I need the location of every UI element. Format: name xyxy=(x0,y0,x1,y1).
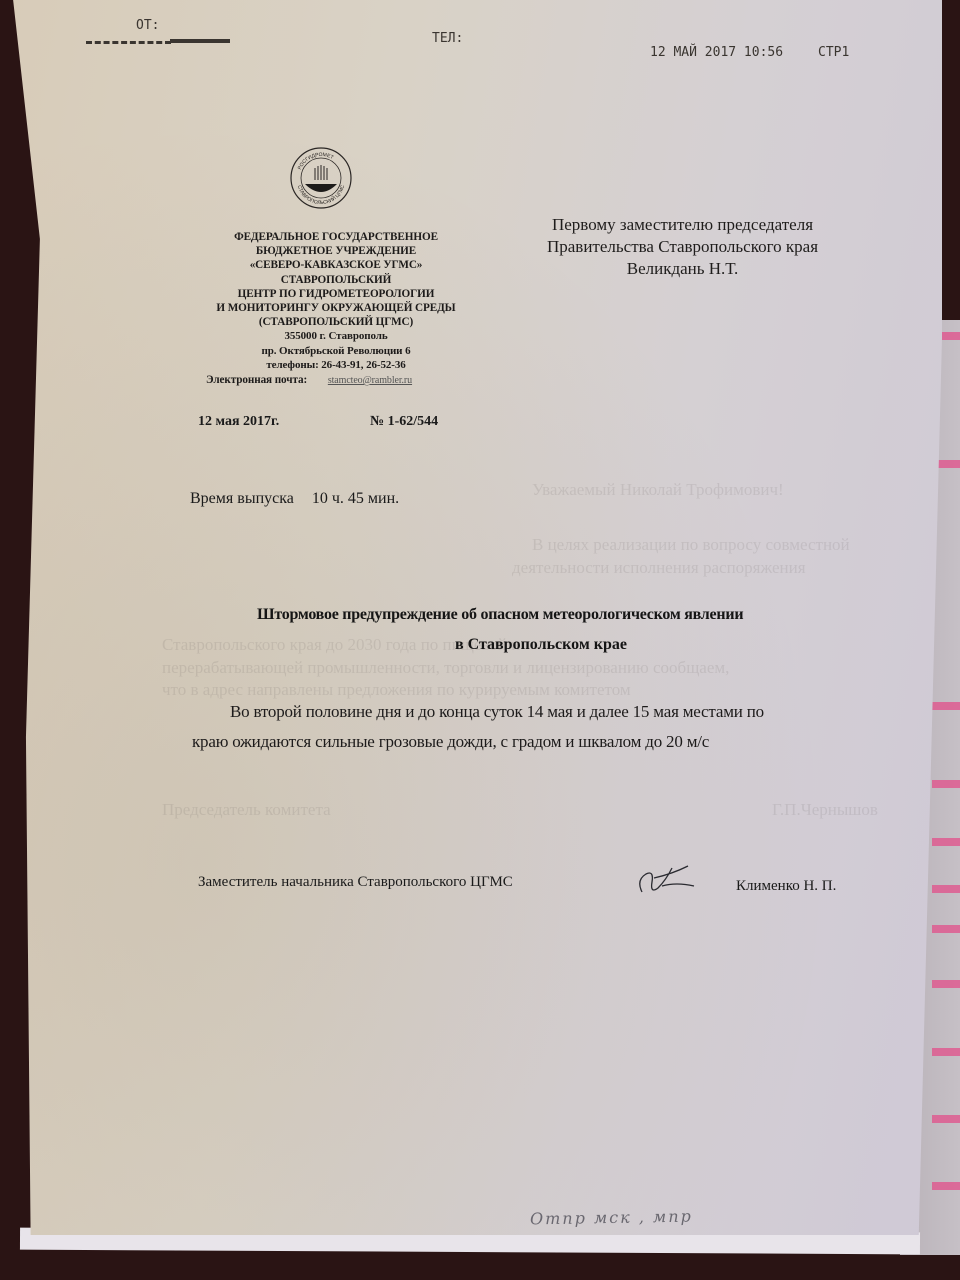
warning-body-line: краю ожидаются сильные грозовые дожди, с… xyxy=(192,727,912,757)
warning-body: Во второй половине дня и до конца суток … xyxy=(192,697,912,757)
fax-from-label: ОТ: xyxy=(136,18,159,33)
warning-body-line: Во второй половине дня и до конца суток … xyxy=(192,697,912,727)
warning-title: Штормовое предупреждение об опасном мете… xyxy=(200,600,960,660)
email-link[interactable]: stamcteo@rambler.ru xyxy=(328,375,412,386)
fax-header: ОТ: ТЕЛ: 12 МАЙ 2017 10:56 СТР1 xyxy=(0,18,960,58)
letterhead-line: «СЕВЕРО-КАВКАЗСКОЕ УГМС» xyxy=(196,258,476,272)
release-time: Время выпуска10 ч. 45 мин. xyxy=(190,490,399,508)
handwritten-note: Отпр мск , мпр xyxy=(530,1207,693,1229)
addressee-name: Великдань Н.Т. xyxy=(510,258,855,280)
letterhead: ФЕДЕРАЛЬНОЕ ГОСУДАРСТВЕННОЕ БЮДЖЕТНОЕ УЧ… xyxy=(196,230,476,388)
letterhead-line: ЦЕНТР ПО ГИДРОМЕТЕОРОЛОГИИ xyxy=(196,287,476,301)
letterhead-line: СТАВРОПОЛЬСКИЙ xyxy=(196,273,476,287)
release-time-label: Время выпуска xyxy=(190,490,294,507)
addressee-block: Первому заместителю председателя Правите… xyxy=(510,214,855,280)
document-date: 12 мая 2017г. xyxy=(198,414,279,430)
letterhead-email-row: Электронная почта: stamcteo@rambler.ru xyxy=(196,373,476,388)
signature-block: Заместитель начальника Ставропольского Ц… xyxy=(198,874,898,914)
warning-title-line: Штормовое предупреждение об опасном мете… xyxy=(200,600,960,630)
document-number: № 1-62/544 xyxy=(370,414,438,430)
letterhead-address: пр. Октябрьской Революции 6 xyxy=(196,344,476,358)
fax-from-line xyxy=(170,39,230,43)
letterhead-phones: телефоны: 26-43-91, 26-52-36 xyxy=(196,358,476,372)
signatory-position: Заместитель начальника Ставропольского Ц… xyxy=(198,874,513,891)
handwritten-signature-icon xyxy=(632,860,702,900)
pink-tab xyxy=(932,1115,960,1123)
letterhead-address: 355000 г. Ставрополь xyxy=(196,329,476,343)
pink-tab xyxy=(932,780,960,788)
pink-tab xyxy=(932,702,960,710)
letterhead-line: ФЕДЕРАЛЬНОЕ ГОСУДАРСТВЕННОЕ xyxy=(196,230,476,244)
email-label: Электронная почта: xyxy=(206,374,307,386)
fax-page-number: СТР1 xyxy=(818,45,849,60)
pink-tab xyxy=(932,885,960,893)
pink-tab xyxy=(932,838,960,846)
addressee-line: Правительства Ставропольского края xyxy=(510,236,855,258)
letterhead-line: (СТАВРОПОЛЬСКИЙ ЦГМС) xyxy=(196,315,476,329)
release-time-value: 10 ч. 45 мин. xyxy=(312,490,399,507)
pink-tab xyxy=(932,925,960,933)
letterhead-line: БЮДЖЕТНОЕ УЧРЕЖДЕНИЕ xyxy=(196,244,476,258)
warning-title-line: в Ставропольском крае xyxy=(200,630,960,660)
letterhead-line: И МОНИТОРИНГУ ОКРУЖАЮЩЕЙ СРЕДЫ xyxy=(196,301,476,315)
pink-tab xyxy=(932,980,960,988)
fax-from-line xyxy=(86,41,171,44)
fax-datetime: 12 МАЙ 2017 10:56 xyxy=(650,45,783,60)
fax-tel-label: ТЕЛ: xyxy=(432,31,463,46)
pink-tab xyxy=(932,1182,960,1190)
pink-tab xyxy=(932,1048,960,1056)
roshydromet-emblem-icon: РОСГИДРОМЕТ СТАВРОПОЛЬСКИЙ ЦГМС xyxy=(289,146,353,210)
signatory-name: Клименко Н. П. xyxy=(736,878,836,895)
addressee-line: Первому заместителю председателя xyxy=(510,214,855,236)
